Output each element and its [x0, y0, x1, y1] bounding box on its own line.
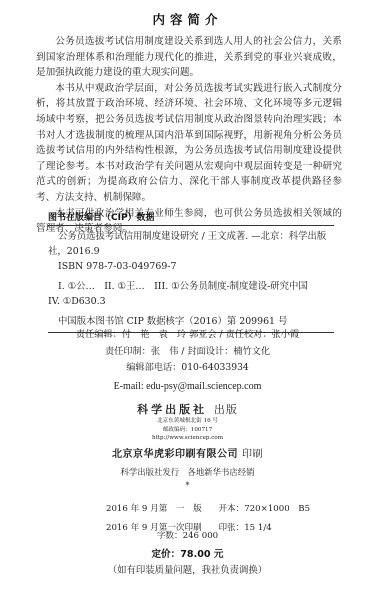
publisher-website: http://www.sciencep.com [0, 434, 375, 443]
page-title: 内容简介 [0, 10, 375, 28]
credits-section: 责任编辑：付 艳 袁 玲 郭亚会 / 责任校对：张小霞 责任印制：张 伟 / 封… [0, 327, 375, 395]
intro-paragraph: 本书从中观政治学层面，对公务员选拔考试实践进行嵌入式制度分析，将其放置于政治环境… [36, 81, 342, 206]
credit-editors: 责任编辑：付 艳 袁 玲 郭亚会 / 责任校对：张小霞 [0, 327, 375, 344]
cip-title-line-wrap: 社，2016.9 [48, 244, 334, 259]
distribution-line: 科学出版社发行 各地新华书店经销 [0, 466, 375, 478]
printer-action: 印刷 [242, 449, 263, 460]
editorial-email: E-mail: edu-psy@mail.sciencep.com [0, 379, 375, 396]
spec-format: 开本：720×1000 B5 [218, 500, 310, 519]
publisher-address: 北京东黄城根北街 16 号 [0, 417, 375, 426]
separator-star: * [0, 481, 375, 490]
publisher-name-line: 科学出版社 出版 [0, 401, 375, 417]
spec-row: 2016 年 9 月第 一 版 开本：720×1000 B5 [106, 500, 310, 519]
cip-title-line: 公务员选拔考试信用制度建设研究 / 王文成著. —北京：科学出版 [48, 229, 334, 244]
quality-notice: （如有印装质量问题，我社负责调换） [0, 562, 375, 576]
intro-section: 公务员选拔考试信用制度建设关系到选人用人的社会公信力，关系到国家治理体系和治理能… [36, 34, 342, 237]
intro-paragraph: 公务员选拔考试信用制度建设关系到选人用人的社会公信力，关系到国家治理体系和治理能… [36, 34, 342, 81]
cip-classification: I. ①公… II. ①王… III. ①公务员制度-制度建设-研究中国 [48, 279, 334, 294]
spec-word-count: 字数：246 000 [0, 529, 375, 541]
printer-name: 北京京华虎彩印刷有限公司 [112, 449, 238, 460]
cip-classification-wrap: IV. ①D630.3 [48, 294, 334, 309]
spec-edition: 2016 年 9 月第 一 版 [106, 504, 202, 514]
printer-line: 北京京华虎彩印刷有限公司 印刷 [0, 445, 375, 460]
publisher-action: 出版 [214, 403, 238, 416]
publisher-postcode: 邮政编码：100717 [0, 426, 375, 435]
cip-block: 图书在版编目（CIP）数据 公务员选拔考试信用制度建设研究 / 王文成著. —北… [48, 210, 334, 333]
cip-heading: 图书在版编目（CIP）数据 [48, 210, 334, 226]
publisher-name: 科学出版社 [137, 403, 207, 416]
publisher-section: 科学出版社 出版 北京东黄城根北街 16 号 邮政编码：100717 http:… [0, 401, 375, 490]
editorial-phone: 编辑部电话：010-64033934 [0, 360, 375, 377]
credit-production: 责任印制：张 伟 / 封面设计：楠竹文化 [0, 344, 375, 361]
price: 定价：78.00 元 [0, 546, 375, 560]
cip-isbn: ISBN 978-7-03-049769-7 [48, 259, 334, 274]
copyright-page: 内容简介 公务员选拔考试信用制度建设关系到选人用人的社会公信力，关系到国家治理体… [0, 0, 375, 603]
